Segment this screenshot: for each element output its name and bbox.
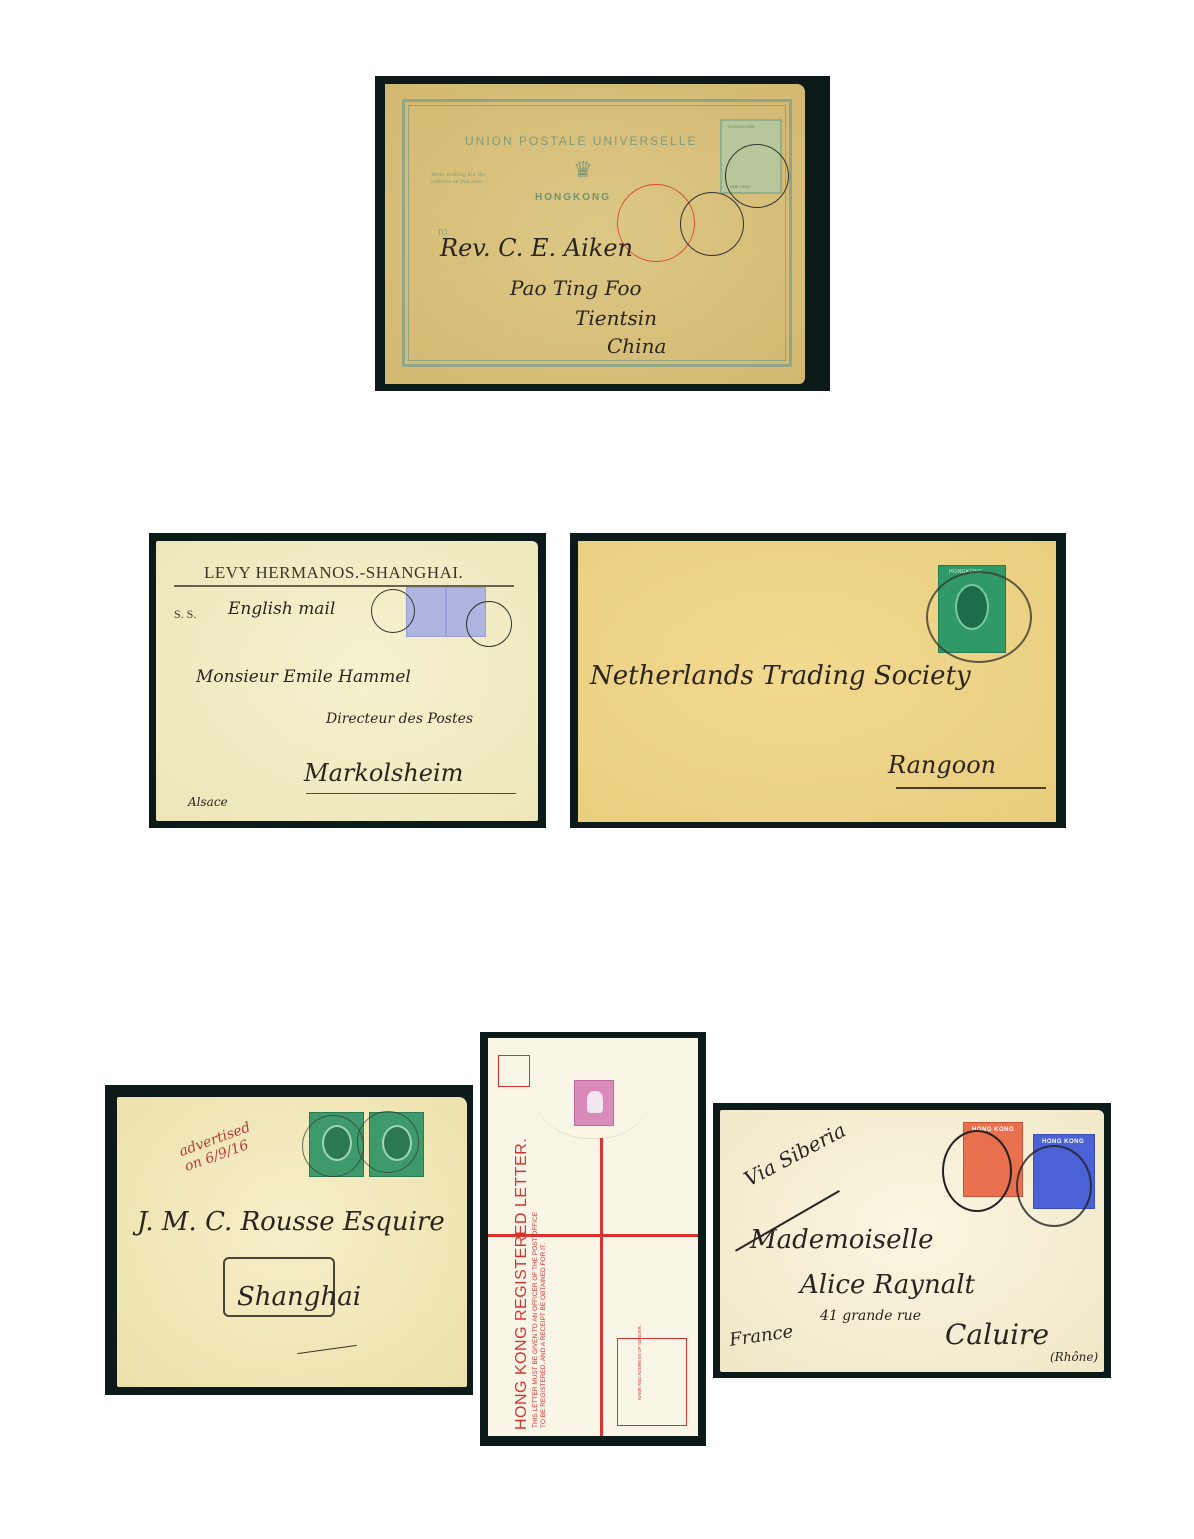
embossed-stamp bbox=[574, 1080, 614, 1126]
king-portrait-icon bbox=[587, 1091, 603, 1113]
royal-arms-icon: ♛ bbox=[568, 157, 598, 183]
region-text: Alsace bbox=[188, 795, 228, 809]
levy-cover-item: LEVY HERMANOS.-SHANGHAI. S. S. English m… bbox=[149, 533, 546, 828]
address-line-5: (Rhône) bbox=[1050, 1350, 1098, 1364]
registration-line-vertical bbox=[600, 1138, 603, 1436]
address-line-3: Tientsin bbox=[575, 306, 657, 330]
registered-envelope-item: HONG KONG REGISTERED LETTER. THIS LETTER… bbox=[480, 1032, 706, 1446]
address-line-1: J. M. C. Rousse Esquire bbox=[137, 1207, 445, 1237]
address-line-1: Netherlands Trading Society bbox=[590, 661, 971, 691]
notice-line-1: THIS LETTER MUST BE GIVEN TO AN OFFICER … bbox=[532, 1212, 539, 1428]
address-line-1: Rev. C. E. Aiken bbox=[440, 234, 633, 262]
canton-postmark bbox=[725, 144, 789, 208]
shanghai-postmark-2 bbox=[466, 601, 512, 647]
rousse-cover-item: advertised on 6/9/16 J. M. C. Rousse Esq… bbox=[105, 1085, 473, 1395]
address-line-2: Rangoon bbox=[888, 751, 996, 779]
address-line-1: Mademoiselle bbox=[750, 1225, 934, 1255]
registered-envelope-paper: HONG KONG REGISTERED LETTER. THIS LETTER… bbox=[488, 1038, 698, 1436]
city-underline bbox=[306, 793, 516, 794]
siberia-cover-paper: HONG KONG HONG KONG Via Siberia Mademois… bbox=[720, 1110, 1104, 1372]
address-line-2: Shanghai bbox=[237, 1282, 361, 1312]
oval-postmark bbox=[926, 571, 1032, 663]
netherlands-cover-paper: HONGKONG Netherlands Trading Society Ran… bbox=[578, 541, 1056, 822]
stamp-country: HONGKONG bbox=[728, 124, 756, 129]
ss-value: English mail bbox=[228, 599, 335, 619]
city-underline bbox=[896, 787, 1046, 789]
country-text: France bbox=[728, 1321, 794, 1351]
address-line-2: Pao Ting Foo bbox=[510, 276, 642, 300]
shanghai-postmark-1 bbox=[371, 589, 415, 633]
sender-box-label: NAME AND ADDRESS OF SENDER. bbox=[637, 1325, 642, 1400]
letterhead: LEVY HERMANOS.-SHANGHAI. bbox=[204, 563, 463, 583]
address-line-2: Directeur des Postes bbox=[326, 711, 473, 727]
address-line-4: Caluire bbox=[945, 1318, 1049, 1351]
advertised-note: advertised on 6/9/16 bbox=[177, 1119, 258, 1175]
city-underline bbox=[297, 1345, 357, 1354]
address-line-3: 41 grande rue bbox=[820, 1308, 921, 1324]
address-line-2: Alice Raynalt bbox=[800, 1270, 975, 1300]
notice-line-2: TO BE REGISTERED, AND A RECEIPT BE OBTAI… bbox=[540, 1243, 547, 1428]
postcard-paper: UNION POSTALE UNIVERSELLE ♛ Write nothin… bbox=[385, 84, 805, 384]
postcard-header: UNION POSTALE UNIVERSELLE bbox=[465, 134, 698, 148]
rousse-cover-paper: advertised on 6/9/16 J. M. C. Rousse Esq… bbox=[117, 1097, 467, 1387]
ss-label: S. S. bbox=[174, 607, 196, 622]
sender-box bbox=[617, 1338, 687, 1426]
stamp-country: HONG KONG bbox=[1042, 1139, 1084, 1145]
address-line-3: Markolsheim bbox=[304, 759, 463, 787]
address-line-4: China bbox=[607, 334, 666, 358]
postcard-item: UNION POSTALE UNIVERSELLE ♛ Write nothin… bbox=[375, 76, 830, 391]
siberia-cover-item: HONG KONG HONG KONG Via Siberia Mademois… bbox=[713, 1103, 1111, 1378]
hongkong-postmark bbox=[680, 192, 744, 256]
postcard-country: HONGKONG bbox=[535, 192, 611, 203]
hongkong-postmark-1 bbox=[942, 1130, 1012, 1212]
postcard-instruction: Write nothing but the address on this si… bbox=[431, 172, 501, 186]
hongkong-postmark-2 bbox=[1016, 1145, 1092, 1227]
netherlands-cover-item: HONGKONG Netherlands Trading Society Ran… bbox=[570, 533, 1066, 828]
postmark-1 bbox=[302, 1115, 364, 1177]
registered-title: HONG KONG REGISTERED LETTER. bbox=[513, 1138, 531, 1430]
postmark-2 bbox=[357, 1111, 419, 1173]
route-text: Via Siberia bbox=[740, 1118, 850, 1191]
corner-box bbox=[498, 1055, 530, 1087]
address-line-1a: Monsieur Emile Hammel bbox=[196, 667, 411, 687]
levy-cover-paper: LEVY HERMANOS.-SHANGHAI. S. S. English m… bbox=[156, 541, 538, 821]
